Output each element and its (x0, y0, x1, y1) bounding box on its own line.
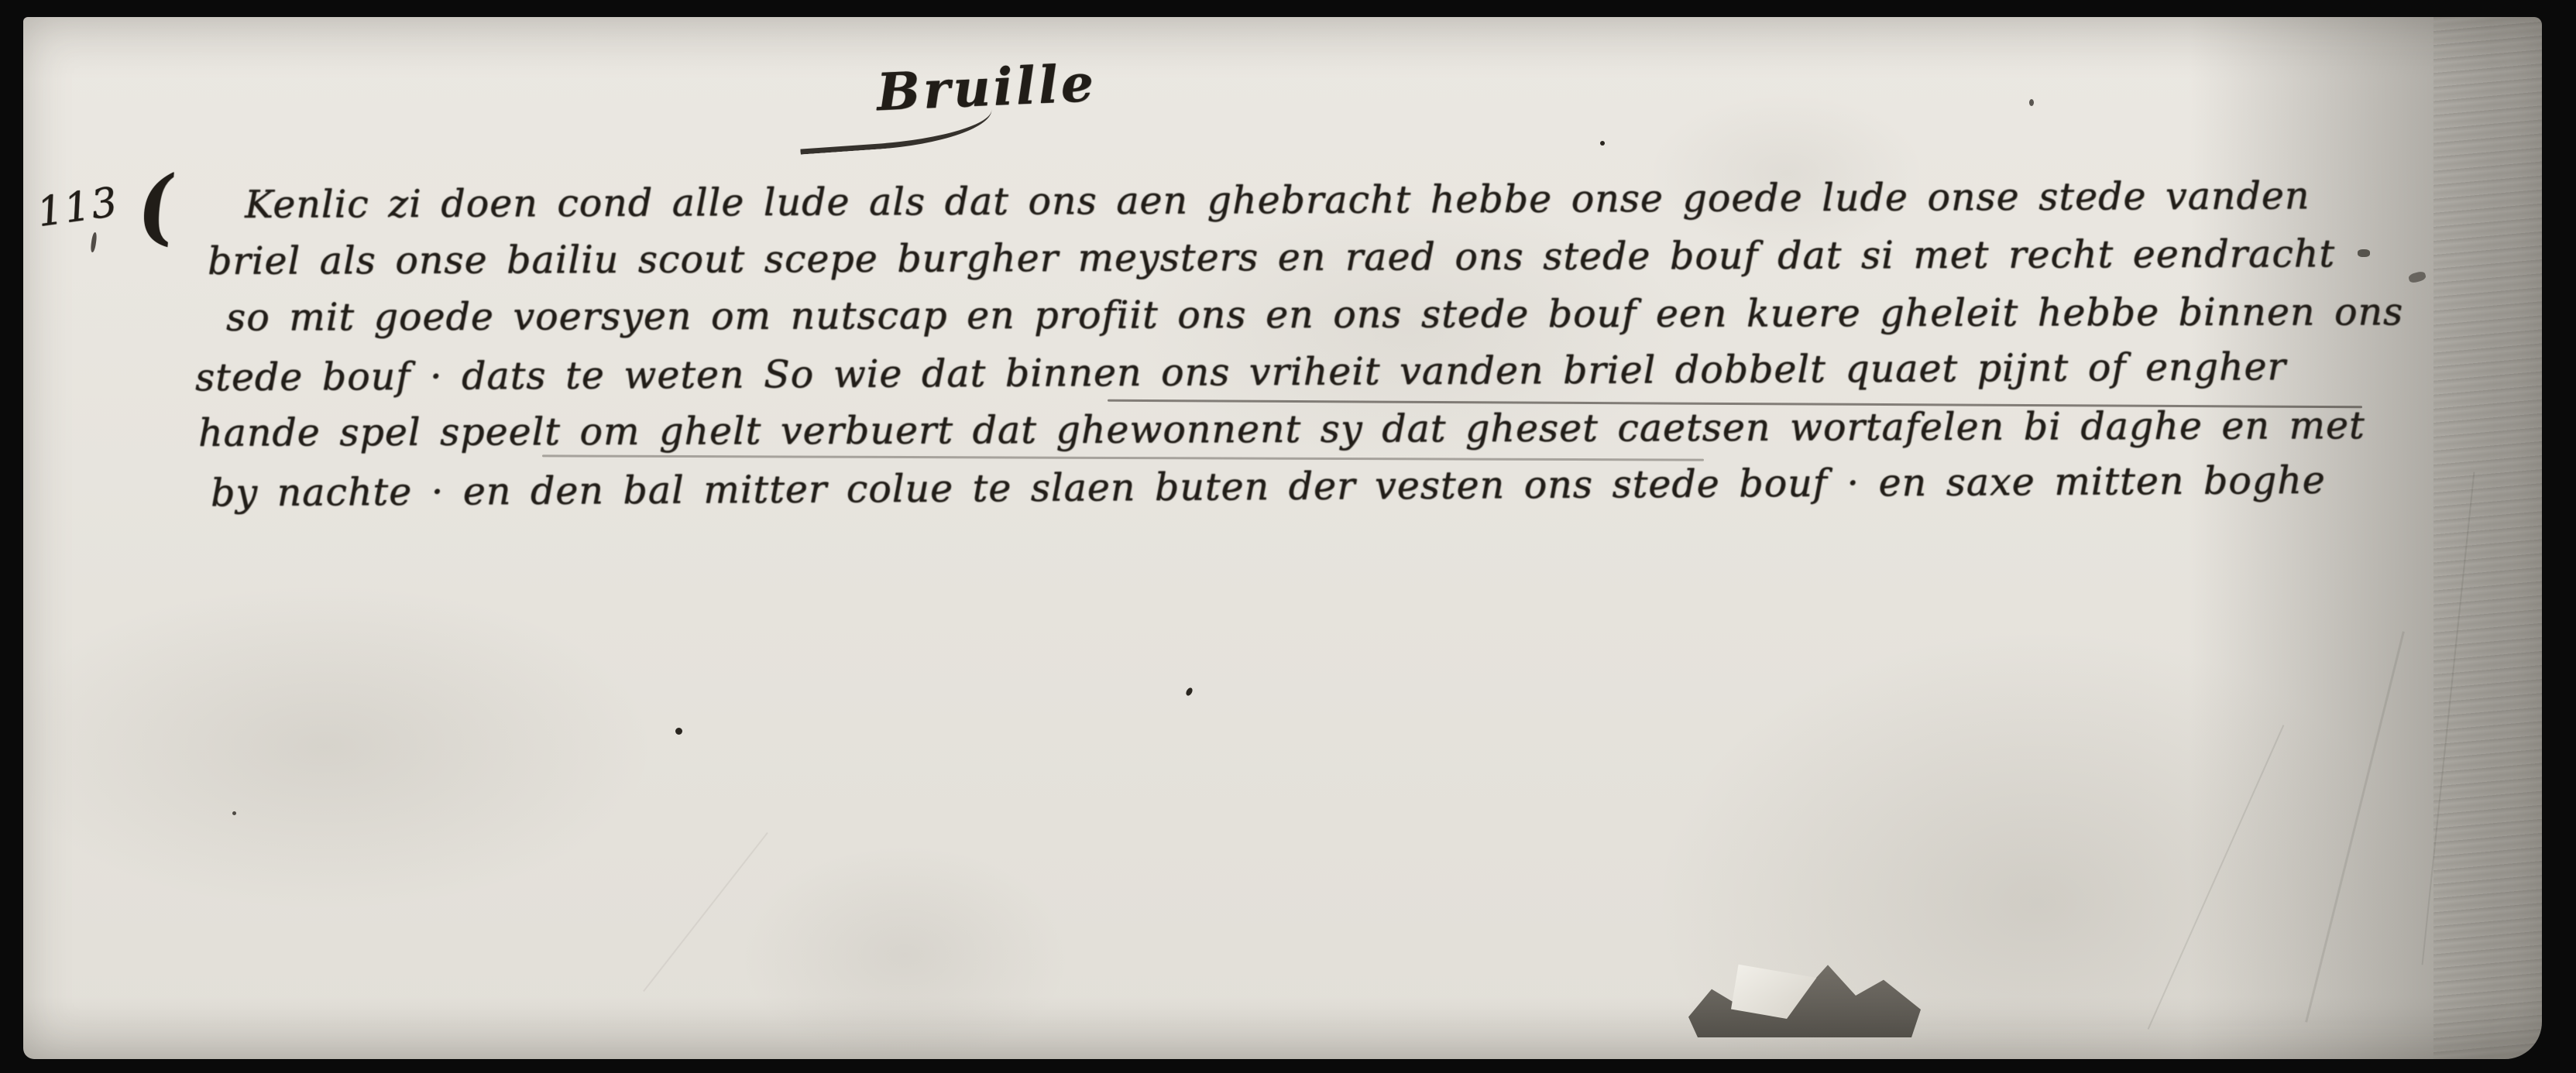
scanned-manuscript-photo: Bruille 113 ( Kenlic zi doen cond alle l… (0, 0, 2576, 1073)
ink-speck (675, 728, 682, 735)
crease-line (2305, 631, 2405, 1022)
manuscript-line-6: by nachte · en den bal mitter colue te s… (211, 452, 2348, 523)
ink-speck (1600, 141, 1605, 146)
ink-speck (232, 811, 236, 815)
manuscript-text-block: Kenlic zi doen cond alle lude als dat on… (195, 172, 2348, 516)
section-heading: Bruille (875, 53, 1097, 122)
crease-line (643, 832, 768, 992)
crease-line (2148, 725, 2285, 1030)
marginal-ink-mark (2358, 249, 2370, 257)
manuscript-line-2: briel als onse bailiu scout scepe burghe… (208, 225, 2348, 290)
ink-speck (2029, 99, 2034, 106)
manuscript-line-4: stede bouf · dats te weten So wie dat bi… (195, 338, 2348, 407)
manuscript-line-3: so mit goede voersyen om nutscap en prof… (226, 283, 2348, 346)
worn-right-edge (2433, 17, 2542, 1059)
manuscript-line-5: hande spel speelt om ghelt verbuert dat … (198, 397, 2348, 462)
manuscript-line-1: Kenlic zi doen cond alle lude als dat on… (245, 167, 2348, 234)
